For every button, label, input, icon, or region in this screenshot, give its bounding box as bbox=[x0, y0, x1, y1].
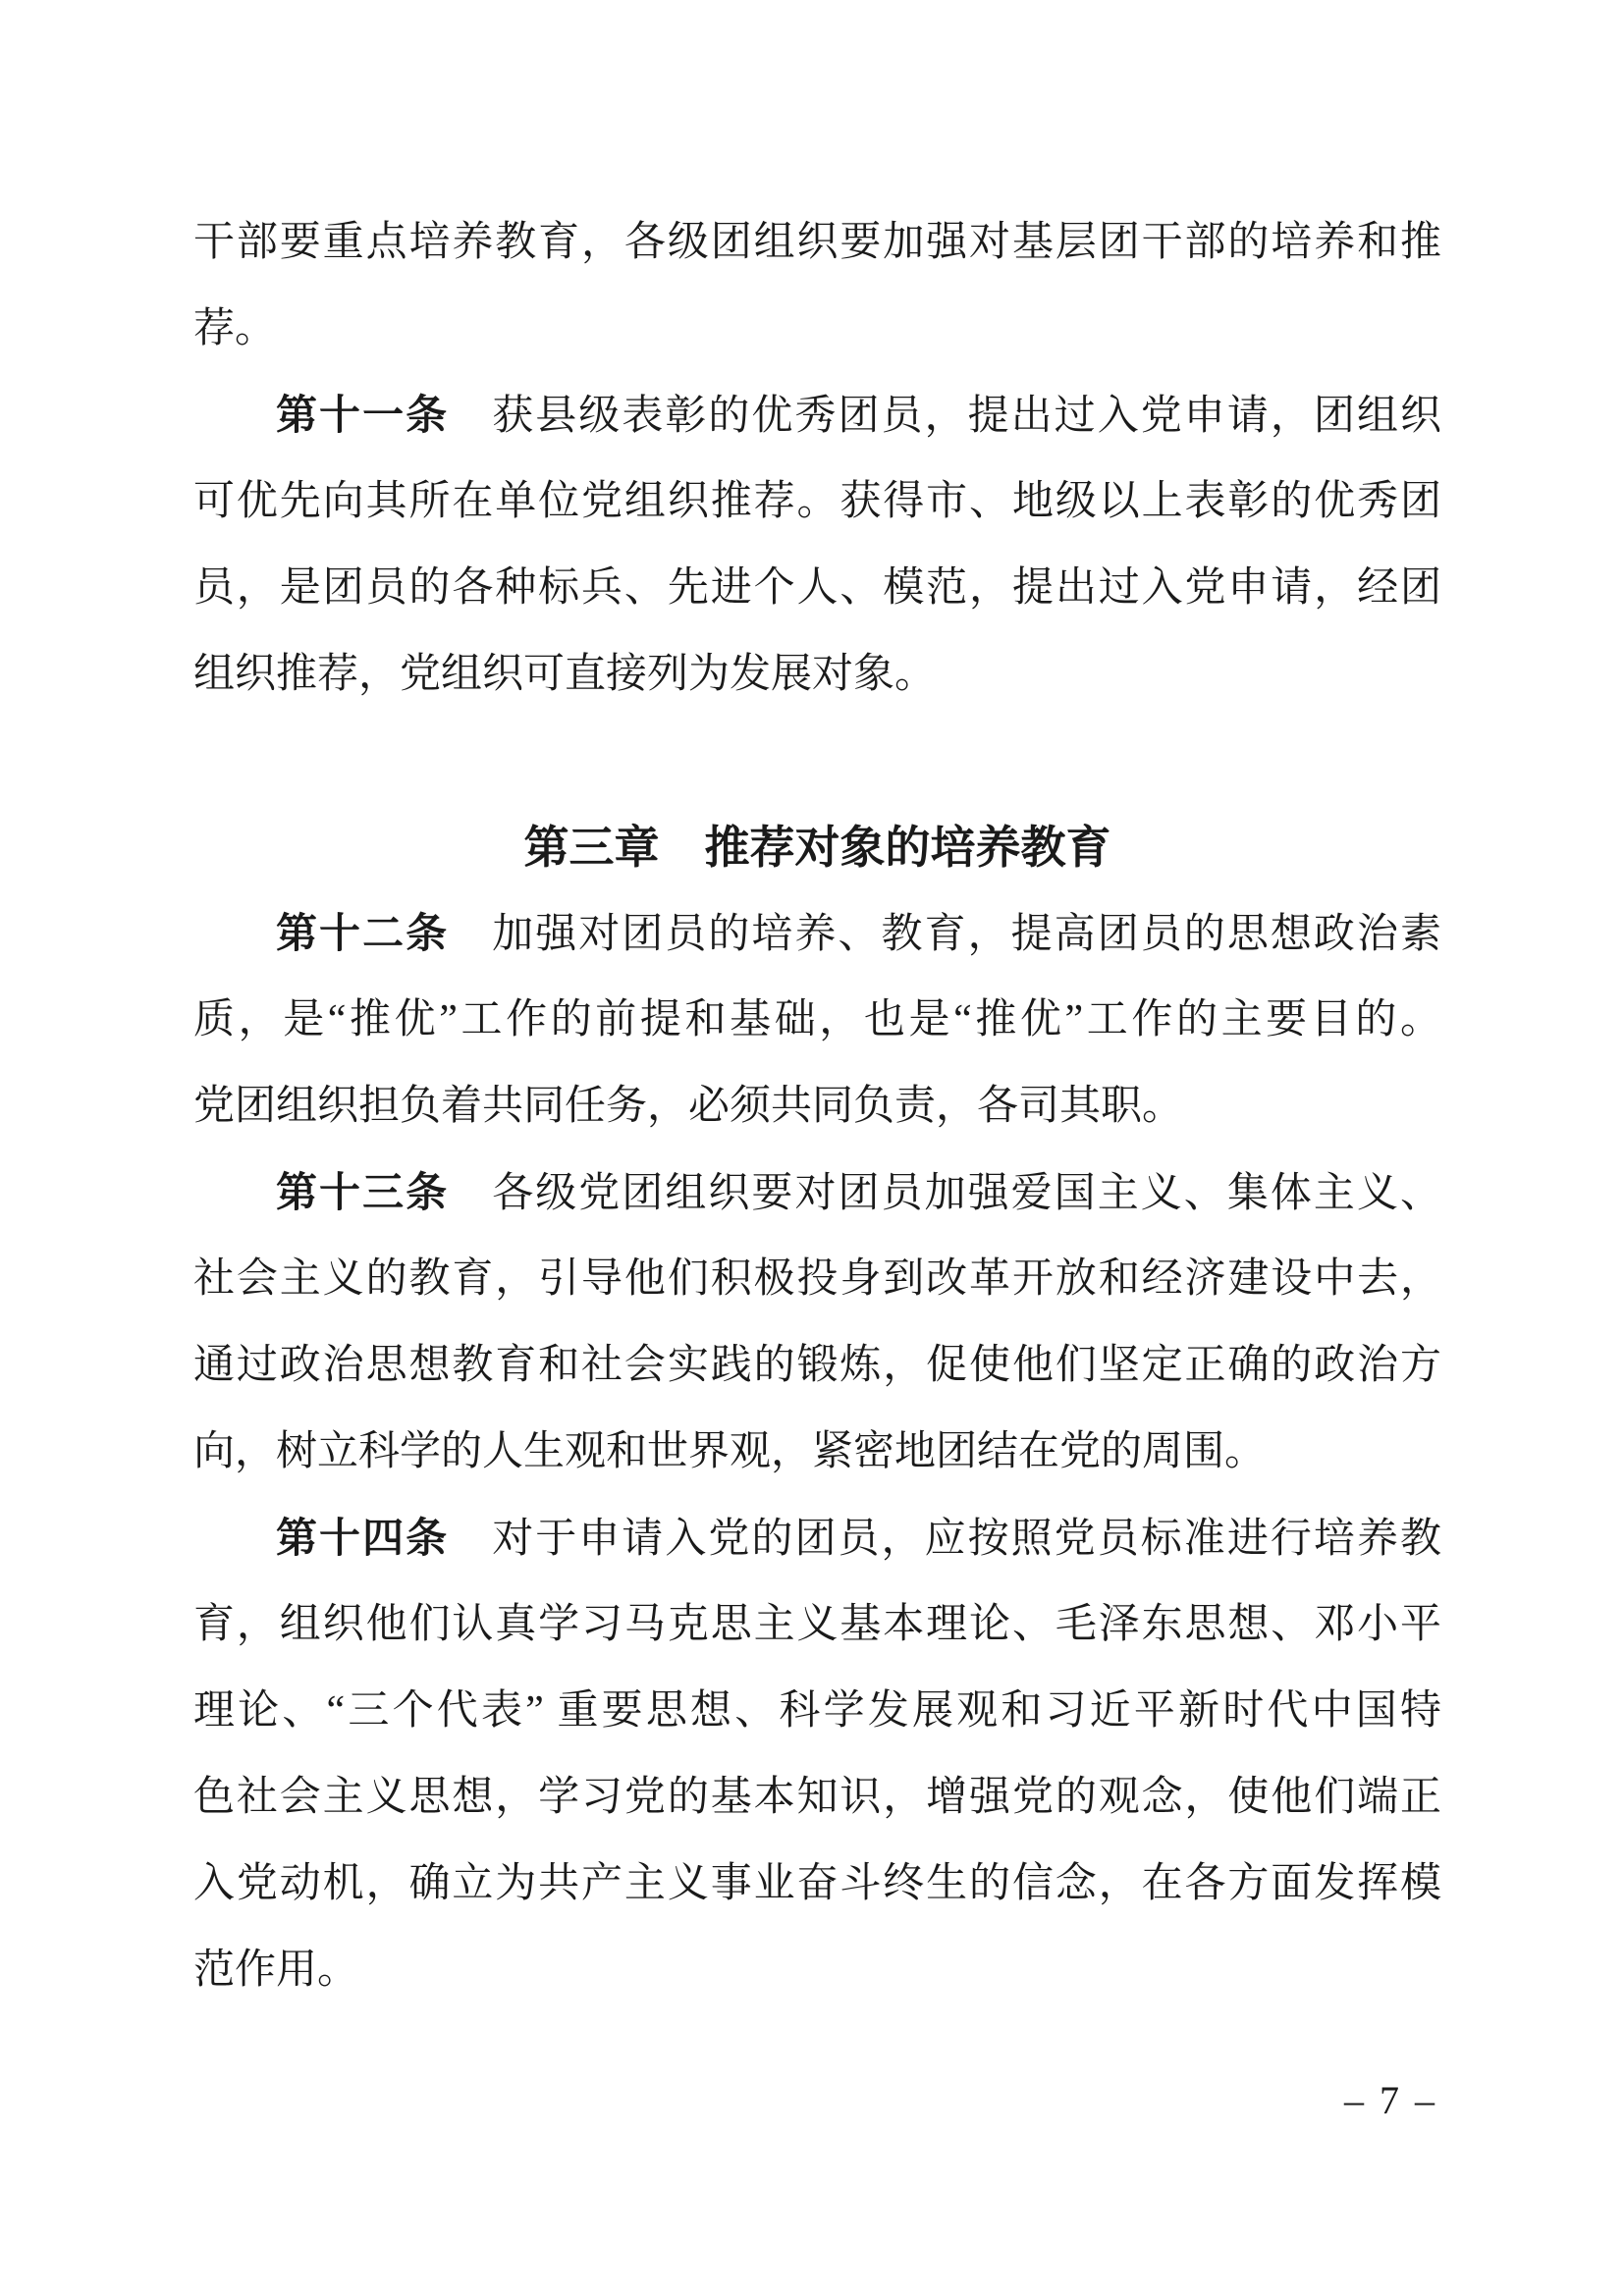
text-line: 可优先向其所在单位党组织推荐。获得市、地级以上表彰的优秀团 bbox=[193, 458, 1441, 545]
article-number: 第十一条 bbox=[276, 392, 449, 438]
text-line: 组织推荐，党组织可直接列为发展对象。 bbox=[193, 631, 1441, 718]
text-line: 向，树立科学的人生观和世界观，紧密地团结在党的周围。 bbox=[193, 1409, 1441, 1495]
text-line: 育，组织他们认真学习马克思主义基本理论、毛泽东思想、邓小平 bbox=[193, 1581, 1441, 1668]
article-number: 第十四条 bbox=[276, 1515, 449, 1561]
text-line: 荐。 bbox=[193, 286, 1441, 372]
article-text: 对于申请入党的团员，应按照党员标准进行培养教 bbox=[449, 1517, 1441, 1562]
text-line: 入党动机，确立为共产主义事业奋斗终生的信念，在各方面发挥模 bbox=[193, 1841, 1441, 1927]
document-body: 干部要重点培养教育，各级团组织要加强对基层团干部的培养和推 荐。 第十一条 获县… bbox=[193, 199, 1441, 2013]
text-line: 色社会主义思想，学习党的基本知识，增强党的观念，使他们端正 bbox=[193, 1754, 1441, 1841]
article-number: 第十二条 bbox=[276, 910, 449, 956]
text-line: 范作用。 bbox=[193, 1927, 1441, 2013]
text-line: 社会主义的教育，引导他们积极投身到改革开放和经济建设中去， bbox=[193, 1236, 1441, 1322]
page-number: – 7 – bbox=[1344, 2077, 1437, 2124]
text-line: 理论、“三个代表” 重要思想、科学发展观和习近平新时代中国特 bbox=[193, 1668, 1441, 1754]
text-line: 干部要重点培养教育，各级团组织要加强对基层团干部的培养和推 bbox=[193, 199, 1441, 286]
chapter-heading: 第三章 推荐对象的培养教育 bbox=[193, 804, 1441, 890]
document-page: 干部要重点培养教育，各级团组织要加强对基层团干部的培养和推 荐。 第十一条 获县… bbox=[0, 0, 1624, 2296]
text-line: 通过政治思想教育和社会实践的锻炼，促使他们坚定正确的政治方 bbox=[193, 1322, 1441, 1409]
blank-line bbox=[193, 718, 1441, 804]
text-line: 第十三条 各级党团组织要对团员加强爱国主义、集体主义、 bbox=[193, 1149, 1441, 1236]
article-text: 各级党团组织要对团员加强爱国主义、集体主义、 bbox=[449, 1171, 1441, 1216]
article-text: 加强对团员的培养、教育，提高团员的思想政治素 bbox=[449, 912, 1441, 957]
text-line: 质，是“推优”工作的前提和基础，也是“推优”工作的主要目的。 bbox=[193, 977, 1441, 1063]
article-text: 获县级表彰的优秀团员，提出过入党申请，团组织 bbox=[449, 394, 1441, 439]
text-line: 党团组织担负着共同任务，必须共同负责，各司其职。 bbox=[193, 1063, 1441, 1149]
text-line: 第十四条 对于申请入党的团员，应按照党员标准进行培养教 bbox=[193, 1495, 1441, 1581]
text-line: 第十一条 获县级表彰的优秀团员，提出过入党申请，团组织 bbox=[193, 372, 1441, 458]
text-line: 第十二条 加强对团员的培养、教育，提高团员的思想政治素 bbox=[193, 890, 1441, 977]
text-line: 员，是团员的各种标兵、先进个人、模范，提出过入党申请，经团 bbox=[193, 545, 1441, 631]
article-number: 第十三条 bbox=[276, 1169, 449, 1215]
